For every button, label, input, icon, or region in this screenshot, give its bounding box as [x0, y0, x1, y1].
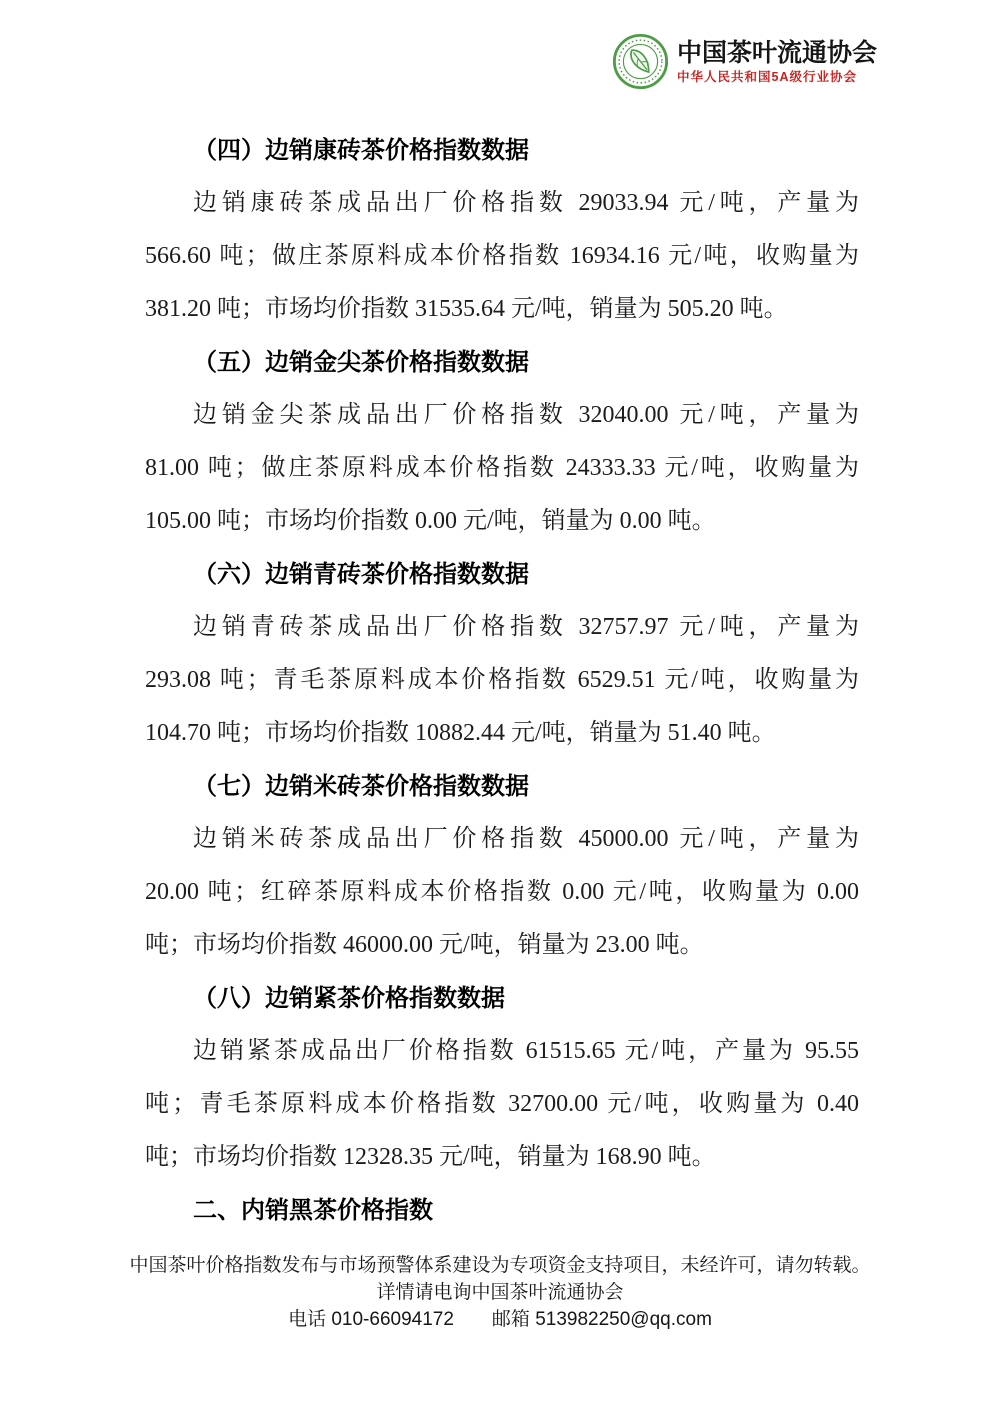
section-6-line-1: 边销青砖茶成品出厂价格指数 32757.97 元/吨，产量为 [145, 601, 859, 654]
section-5-line-3: 105.00 吨；市场均价指数 0.00 元/吨，销量为 0.00 吨。 [145, 495, 859, 548]
chapter-2-heading: 二、内销黑茶价格指数 [145, 1184, 859, 1237]
section-4-line-3: 381.20 吨；市场均价指数 31535.64 元/吨，销量为 505.20 … [145, 283, 859, 336]
section-4-line-2: 566.60 吨；做庄茶原料成本价格指数 16934.16 元/吨，收购量为 [145, 230, 859, 283]
section-7-heading: （七）边销米砖茶价格指数数据 [145, 760, 859, 813]
section-7-line-3: 吨；市场均价指数 46000.00 元/吨，销量为 23.00 吨。 [145, 919, 859, 972]
section-5-heading: （五）边销金尖茶价格指数数据 [145, 336, 859, 389]
org-name: 中国茶叶流通协会 [677, 39, 877, 67]
org-subtitle: 中华人民共和国5A级行业协会 [677, 70, 877, 84]
section-6-line-2: 293.08 吨；青毛茶原料成本价格指数 6529.51 元/吨，收购量为 [145, 654, 859, 707]
page-footer: 中国茶叶价格指数发布与市场预警体系建设为专项资金支持项目，未经许可，请勿转载。 … [0, 1252, 1000, 1333]
association-logo: 中国茶叶流通协会 中华人民共和国5A级行业协会 [612, 33, 877, 90]
footer-contact-note: 详情请电询中国茶叶流通协会 [0, 1279, 1000, 1306]
section-8-line-2: 吨；青毛茶原料成本价格指数 32700.00 元/吨，收购量为 0.40 [145, 1078, 859, 1131]
tea-leaf-seal-icon [612, 33, 669, 90]
section-8-line-3: 吨；市场均价指数 12328.35 元/吨，销量为 168.90 吨。 [145, 1131, 859, 1184]
section-6-line-3: 104.70 吨；市场均价指数 10882.44 元/吨，销量为 51.40 吨… [145, 707, 859, 760]
section-5-line-2: 81.00 吨；做庄茶原料成本价格指数 24333.33 元/吨，收购量为 [145, 442, 859, 495]
section-4-heading: （四）边销康砖茶价格指数数据 [145, 124, 859, 177]
section-7-line-2: 20.00 吨；红碎茶原料成本价格指数 0.00 元/吨，收购量为 0.00 [145, 866, 859, 919]
logo-text-block: 中国茶叶流通协会 中华人民共和国5A级行业协会 [677, 33, 877, 84]
section-6-heading: （六）边销青砖茶价格指数数据 [145, 548, 859, 601]
section-5-line-1: 边销金尖茶成品出厂价格指数 32040.00 元/吨，产量为 [145, 389, 859, 442]
footer-disclaimer: 中国茶叶价格指数发布与市场预警体系建设为专项资金支持项目，未经许可，请勿转载。 [0, 1252, 1000, 1279]
section-4-line-1: 边销康砖茶成品出厂价格指数 29033.94 元/吨，产量为 [145, 177, 859, 230]
document-page: 中国茶叶流通协会 中华人民共和国5A级行业协会 （四）边销康砖茶价格指数数据 边… [0, 0, 1000, 1413]
section-8-heading: （八）边销紧茶价格指数数据 [145, 972, 859, 1025]
section-7-line-1: 边销米砖茶成品出厂价格指数 45000.00 元/吨，产量为 [145, 813, 859, 866]
footer-phone-email: 电话 010-66094172 邮箱 513982250@qq.com [0, 1306, 1000, 1333]
document-body: （四）边销康砖茶价格指数数据 边销康砖茶成品出厂价格指数 29033.94 元/… [145, 124, 859, 1237]
section-8-line-1: 边销紧茶成品出厂价格指数 61515.65 元/吨，产量为 95.55 [145, 1025, 859, 1078]
